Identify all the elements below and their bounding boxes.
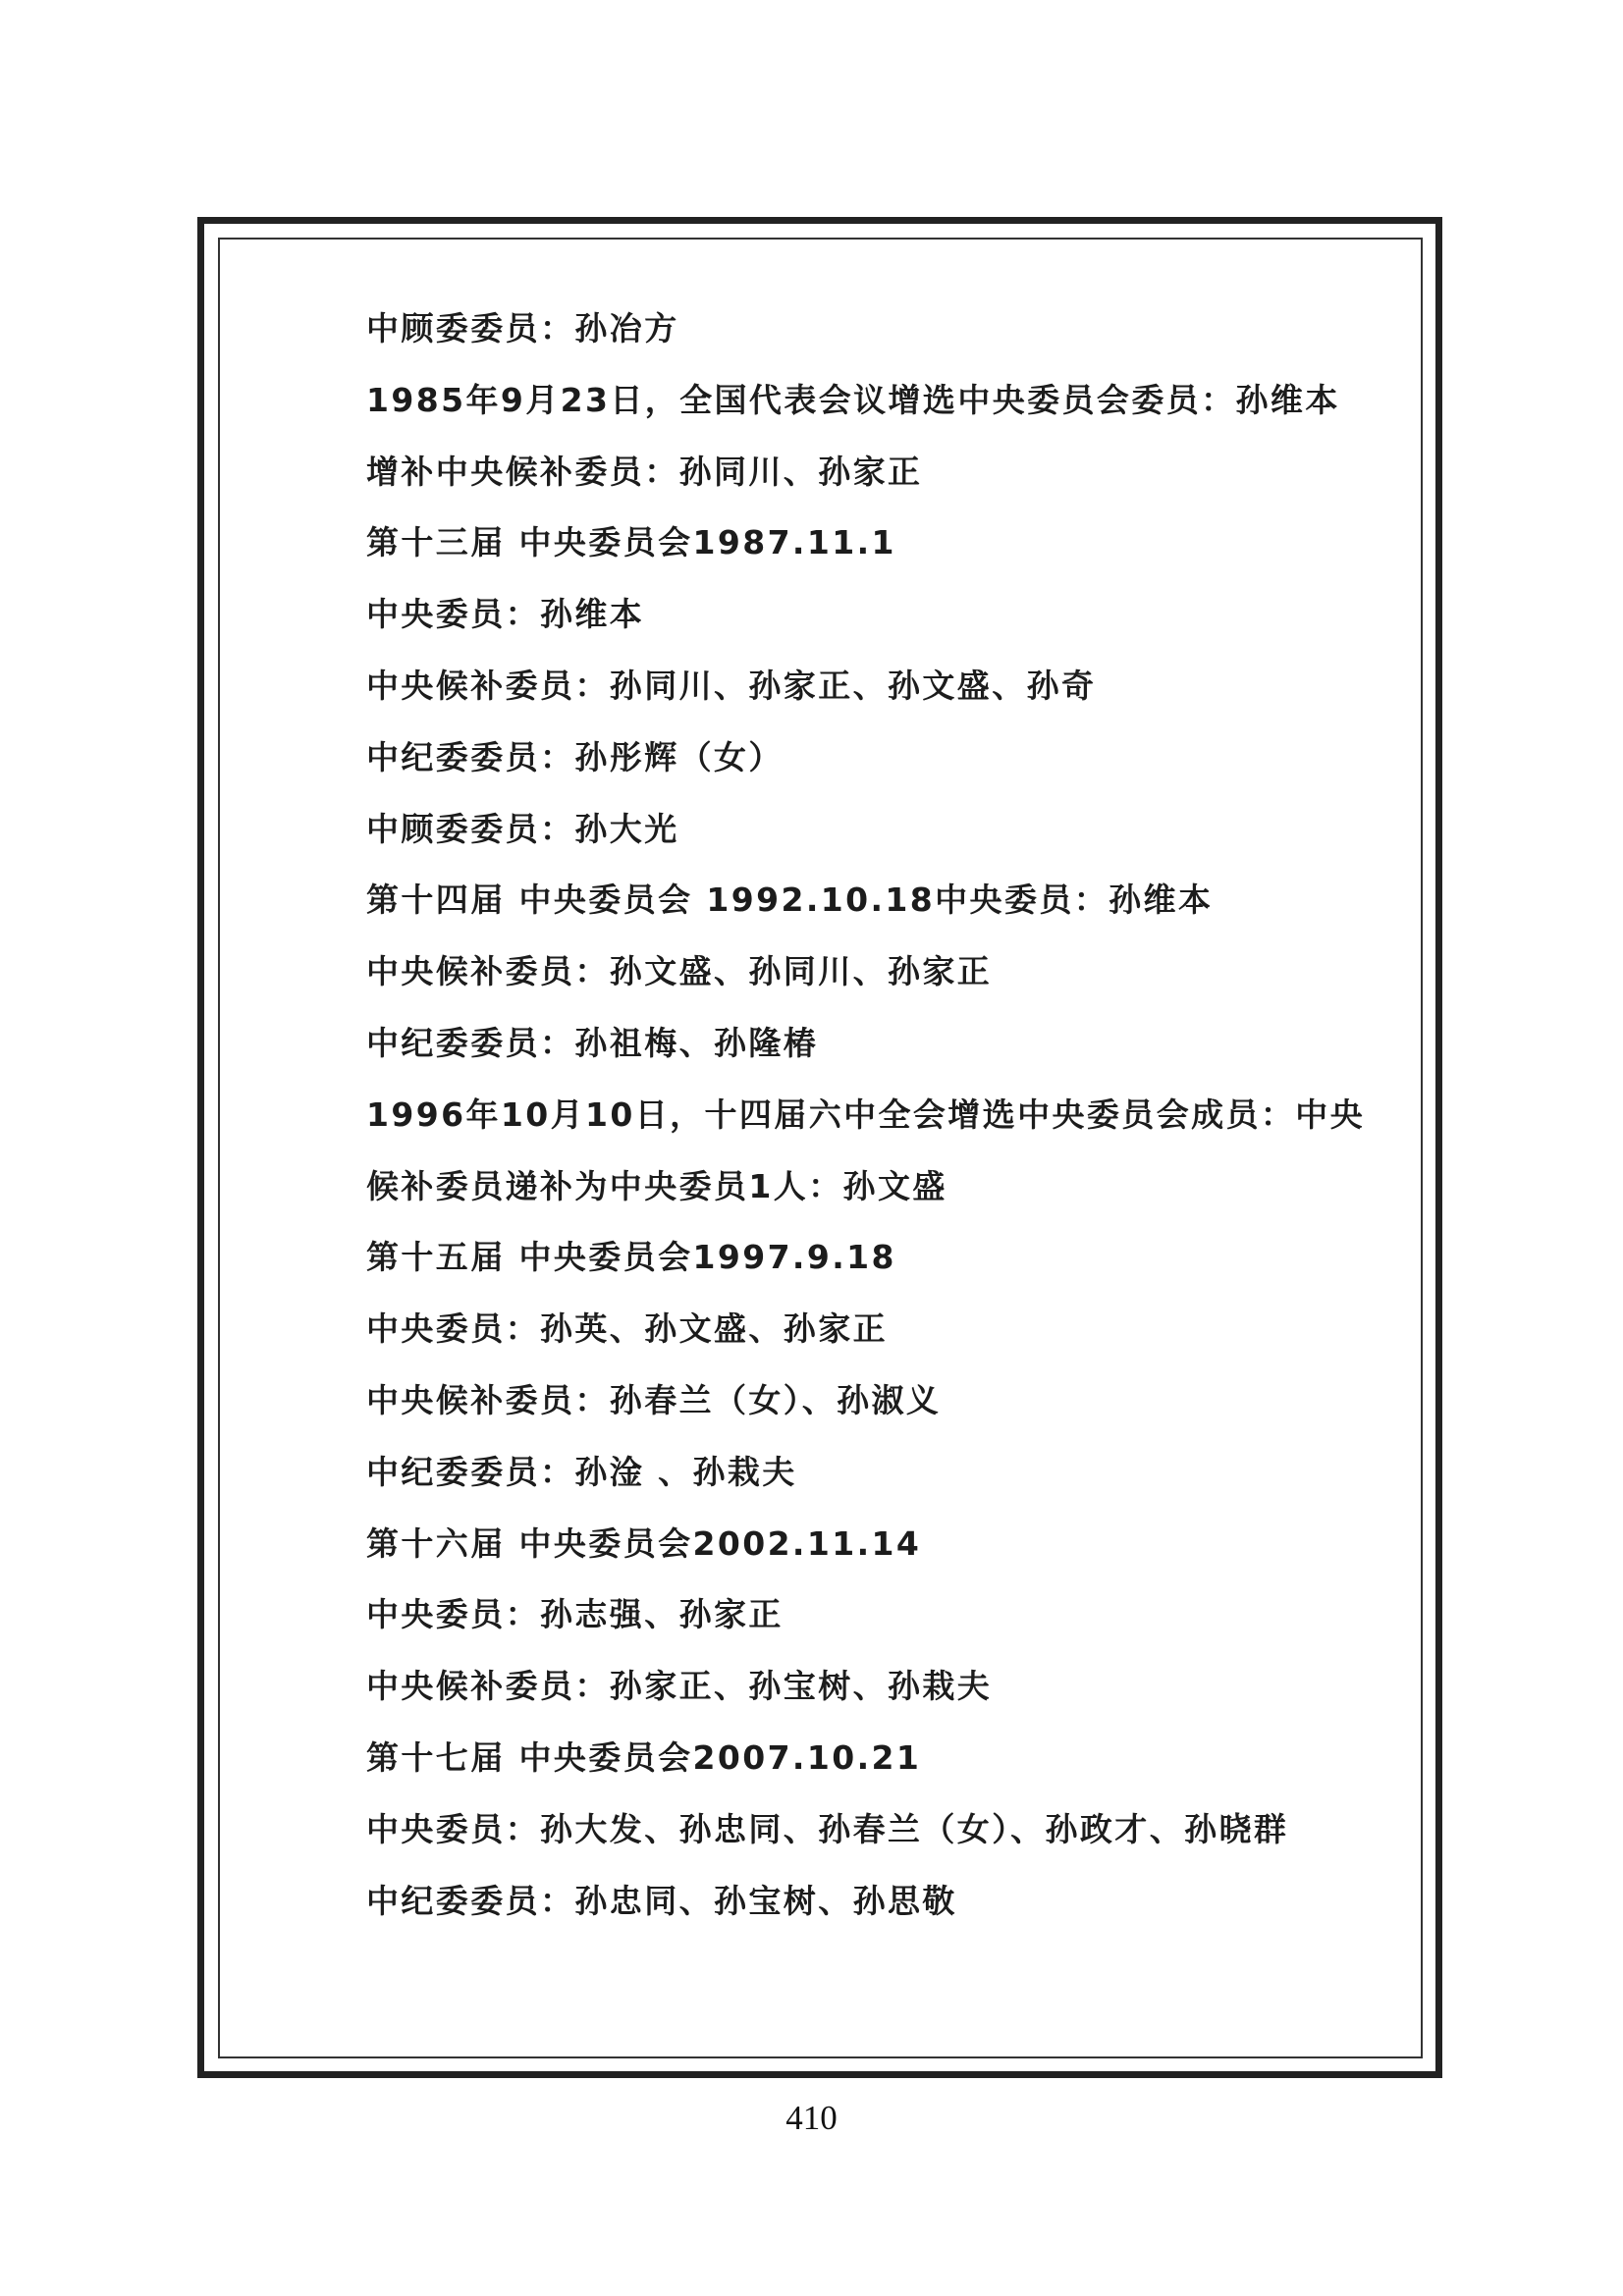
text-line: 中央委员：孙大发、孙忠同、孙春兰（女）、孙政才、孙晓群 xyxy=(366,1807,1407,1879)
text-line: 中顾委委员：孙大光 xyxy=(366,807,1407,879)
text-line: 增补中央候补委员：孙同川、孙家正 xyxy=(366,450,1407,521)
text-line: 中央候补委员：孙家正、孙宝树、孙栽夫 xyxy=(366,1664,1407,1735)
text-line: 中央委员：孙志强、孙家正 xyxy=(366,1592,1407,1664)
text-line: 中央候补委员：孙同川、孙家正、孙文盛、孙奇 xyxy=(366,664,1407,735)
text-line: 1985年9月23日，全国代表会议增选中央委员会委员：孙维本 xyxy=(366,378,1407,450)
section-heading: 第十四届 中央委员会 1992.10.18中央委员：孙维本 xyxy=(366,878,1407,949)
text-line: 中纪委委员：孙彤辉（女） xyxy=(366,735,1407,807)
section-heading: 第十五届 中央委员会1997.9.18 xyxy=(366,1235,1407,1307)
text-line: 1996年10月10日，十四届六中全会增选中央委员会成员：中央 xyxy=(366,1093,1407,1164)
text-line: 中顾委委员：孙冶方 xyxy=(366,306,1407,378)
text-line: 中纪委委员：孙祖梅、孙隆椿 xyxy=(366,1021,1407,1093)
section-heading: 第十七届 中央委员会2007.10.21 xyxy=(366,1735,1407,1807)
page-body: 中顾委委员：孙冶方 1985年9月23日，全国代表会议增选中央委员会委员：孙维本… xyxy=(366,306,1407,1949)
text-line: 中央候补委员：孙文盛、孙同川、孙家正 xyxy=(366,949,1407,1021)
page-number: 410 xyxy=(0,2099,1623,2138)
text-line: 中央候补委员：孙春兰（女）、孙淑义 xyxy=(366,1378,1407,1450)
text-line: 中纪委委员：孙淦 、孙栽夫 xyxy=(366,1450,1407,1522)
text-line: 候补委员递补为中央委员1人：孙文盛 xyxy=(366,1164,1407,1236)
section-heading: 第十三届 中央委员会1987.11.1 xyxy=(366,520,1407,592)
text-line: 中央委员：孙维本 xyxy=(366,592,1407,664)
text-line: 中纪委委员：孙忠同、孙宝树、孙思敬 xyxy=(366,1879,1407,1950)
text-line: 中央委员：孙英、孙文盛、孙家正 xyxy=(366,1307,1407,1378)
section-heading: 第十六届 中央委员会2002.11.14 xyxy=(366,1522,1407,1593)
